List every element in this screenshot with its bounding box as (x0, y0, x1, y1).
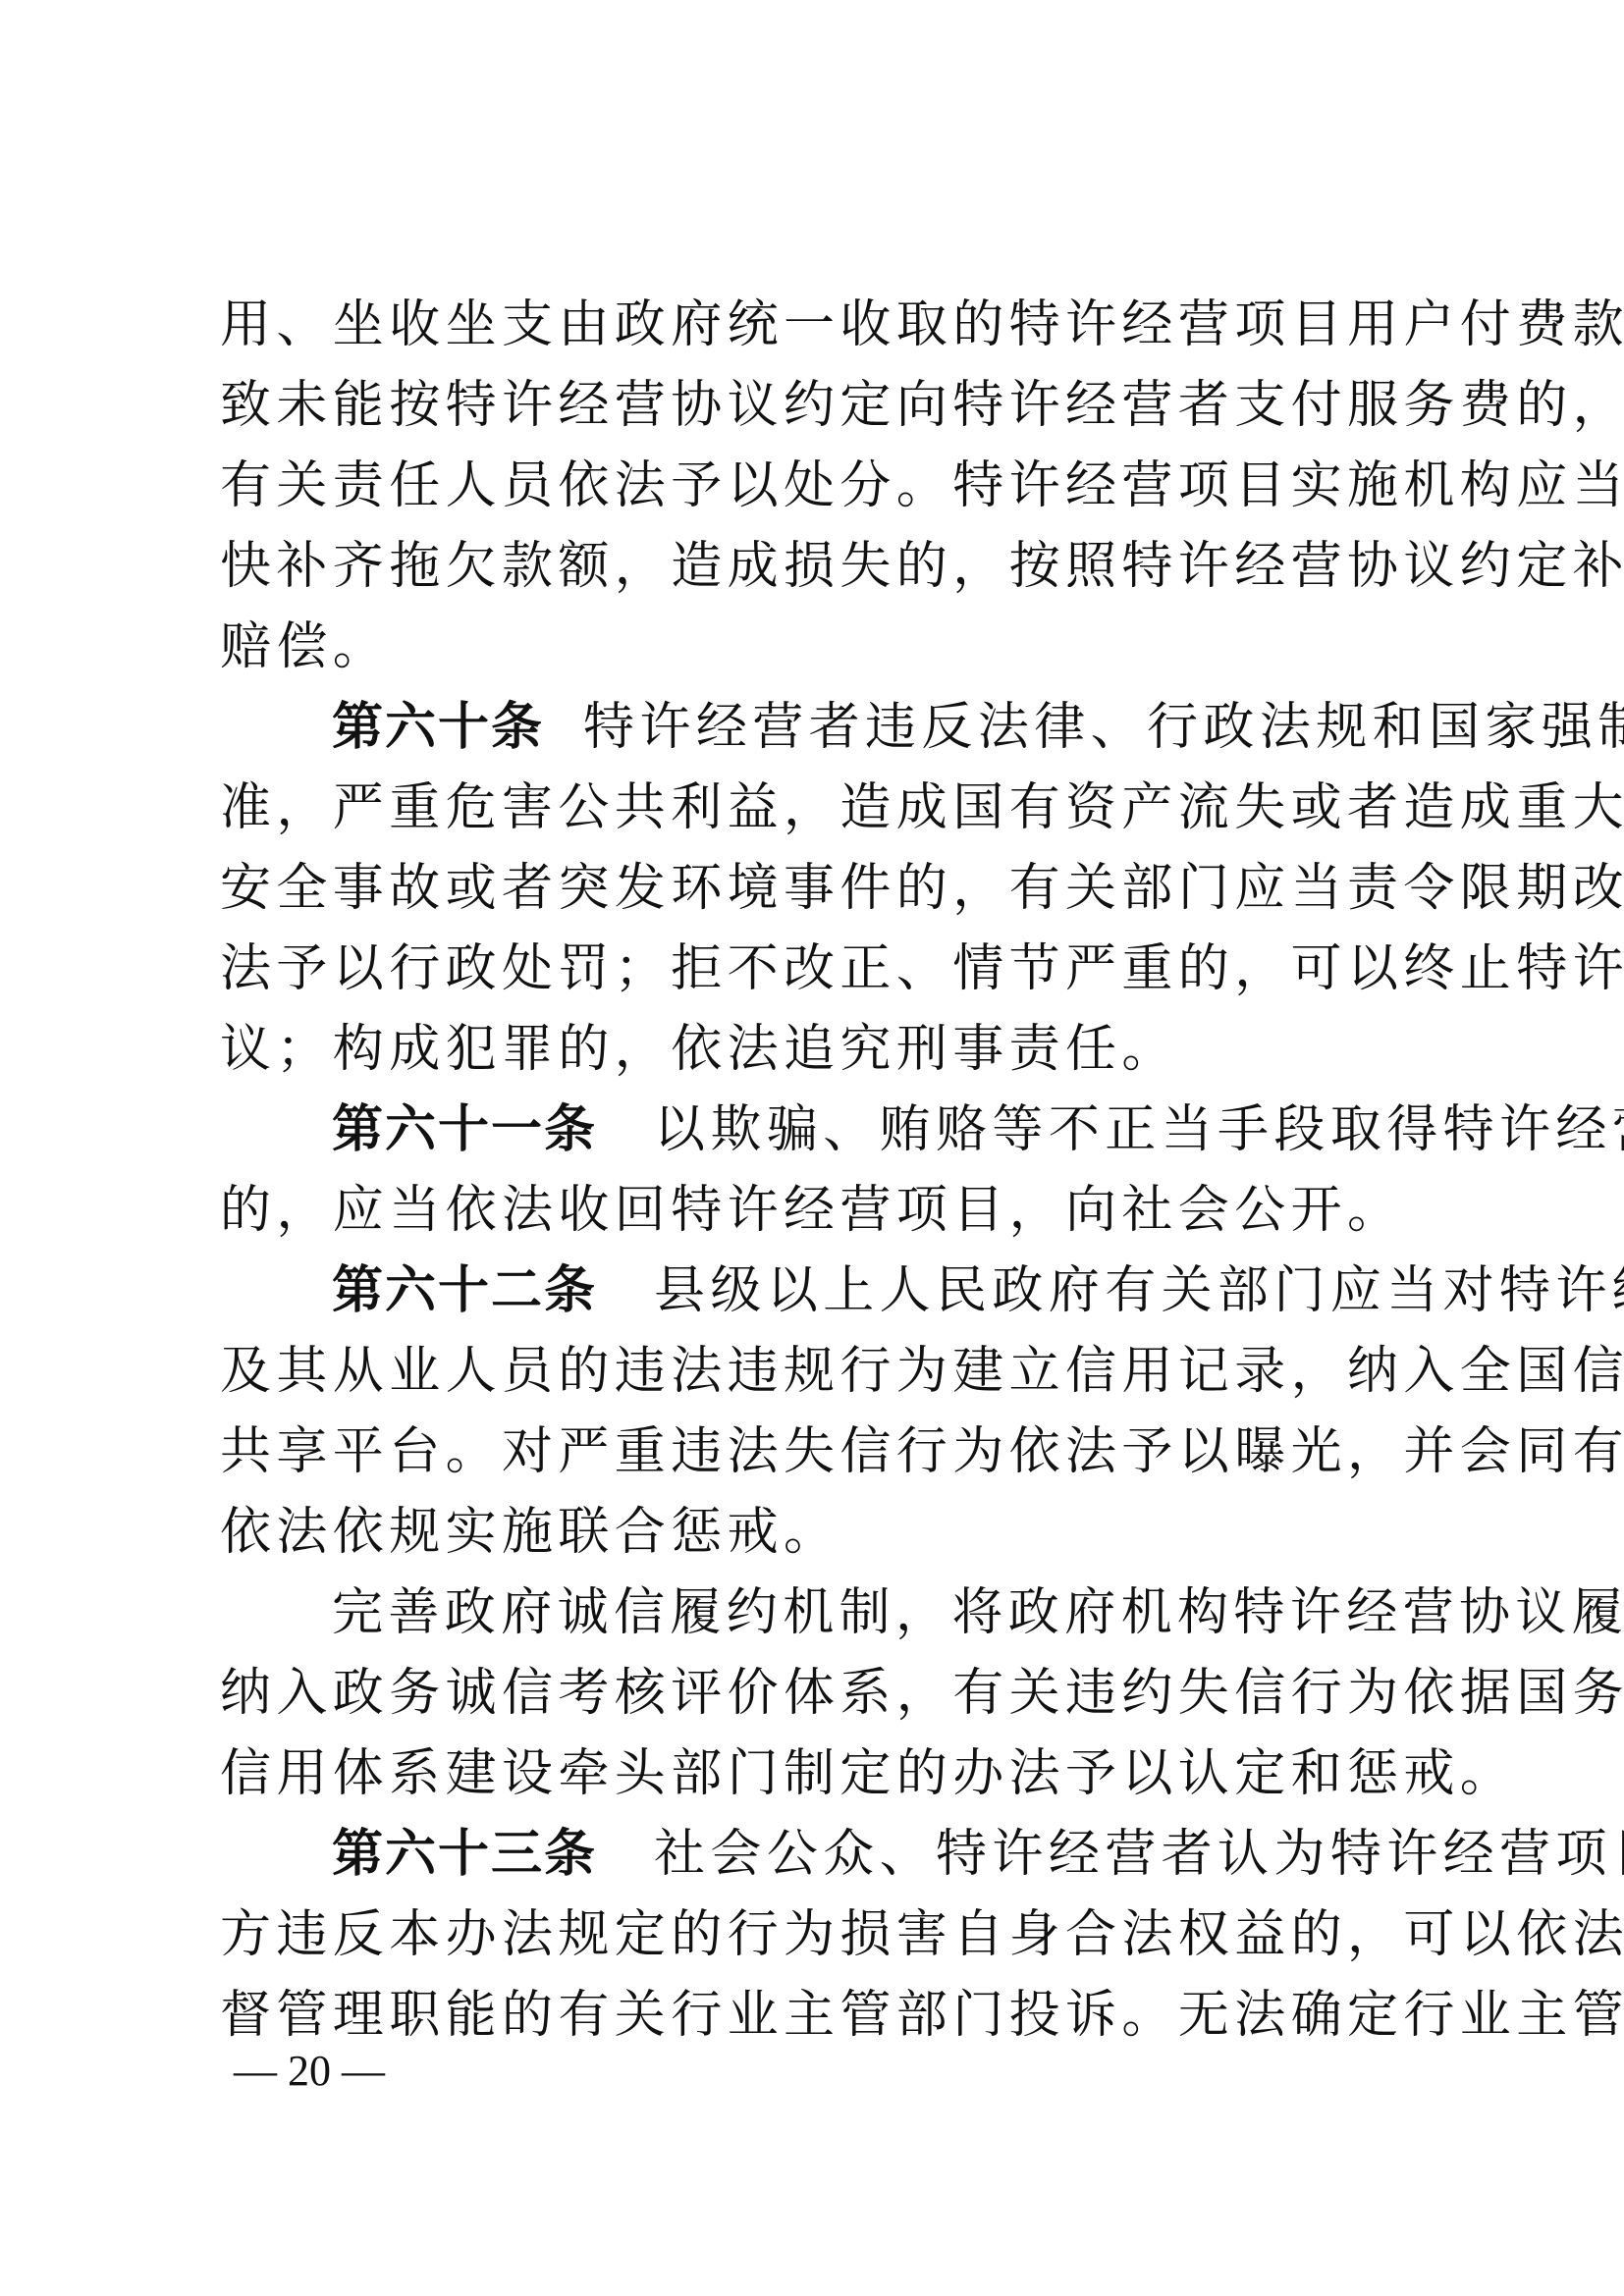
text-line: 方违反本办法规定的行为损害自身合法权益的，可以依法向有监 (220, 1895, 1413, 1975)
text-line: 议；构成犯罪的，依法追究刑事责任。 (220, 1009, 1413, 1090)
article-heading: 第六十条 (332, 698, 544, 757)
text-line: 用、坐收坐支由政府统一收取的特许经营项目用户付费款额，导 (220, 285, 1413, 365)
text-line: 法予以行政处罚；拒不改正、情节严重的，可以终止特许经营协 (220, 929, 1413, 1009)
text-line: 准，严重危害公共利益，造成国有资产流失或者造成重大质量、 (220, 768, 1413, 848)
paragraph-start: 完善政府诚信履约机制，将政府机构特许经营协议履行情况 (332, 1573, 1413, 1653)
article-heading: 第六十一条 (332, 1100, 597, 1159)
text-line: 的，应当依法收回特许经营项目，向社会公开。 (220, 1170, 1413, 1251)
article-63: 第六十三条社会公众、特许经营者认为特许经营项目参与 (332, 1814, 1413, 1895)
text-line: 快补齐拖欠款额，造成损失的，按照特许经营协议约定补偿或者 (220, 526, 1413, 607)
text-line: 致未能按特许经营协议约定向特许经营者支付服务费的，应当对 (220, 365, 1413, 446)
text-line: 信用体系建设牵头部门制定的办法予以认定和惩戒。 (220, 1734, 1413, 1814)
text-line: 纳入政务诚信考核评价体系，有关违约失信行为依据国务院社会 (220, 1653, 1413, 1734)
text-line: 及其从业人员的违法违规行为建立信用记录，纳入全国信用信息 (220, 1331, 1413, 1412)
text-line: 依法依规实施联合惩戒。 (220, 1492, 1413, 1573)
text-line: 督管理职能的有关行业主管部门投诉。无法确定行业主管部门 (220, 1975, 1413, 2056)
text-line: 共享平台。对严重违法失信行为依法予以曝光，并会同有关部门 (220, 1412, 1413, 1492)
text-line: 安全事故或者突发环境事件的，有关部门应当责令限期改正并依 (220, 848, 1413, 929)
text-line: 有关责任人员依法予以处分。特许经营项目实施机构应当督促尽 (220, 446, 1413, 526)
page-number: — 20 — (234, 2042, 385, 2101)
document-page: 用、坐收坐支由政府统一收取的特许经营项目用户付费款额，导 致未能按特许经营协议约… (0, 0, 1624, 2296)
article-62: 第六十二条县级以上人民政府有关部门应当对特许经营者 (332, 1251, 1413, 1331)
article-heading: 第六十三条 (332, 1825, 597, 1884)
article-60: 第六十条特许经营者违反法律、行政法规和国家强制性标 (332, 687, 1413, 768)
text-line: 赔偿。 (220, 607, 1413, 687)
article-heading: 第六十二条 (332, 1261, 597, 1320)
article-61: 第六十一条以欺骗、贿赂等不正当手段取得特许经营项目 (332, 1090, 1413, 1170)
